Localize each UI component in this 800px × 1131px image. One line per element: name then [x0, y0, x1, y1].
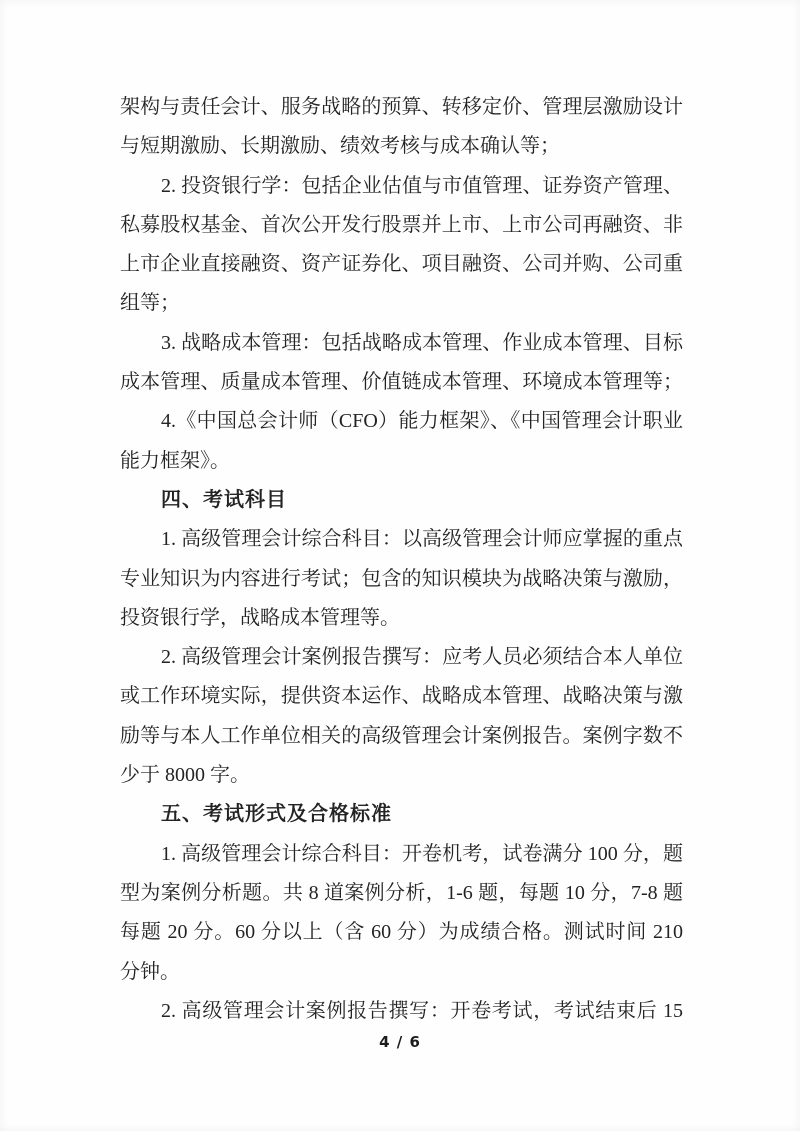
text-line: 分钟。: [120, 953, 683, 992]
text-line: 每题 20 分。60 分以上（含 60 分）为成绩合格。测试时间 210: [120, 913, 683, 952]
text-line: 1. 高级管理会计综合科目：以高级管理会计师应掌握的重点: [120, 520, 683, 559]
document-page: 架构与责任会计、服务战略的预算、转移定价、管理层激励设计 与短期激励、长期激励、…: [0, 0, 800, 1131]
text-line: 2. 投资银行学：包括企业估值与市值管理、证券资产管理、: [120, 167, 683, 206]
text-line: 私募股权基金、首次公开发行股票并上市、上市公司再融资、非: [120, 206, 683, 245]
section-heading-exam-subjects: 四、考试科目: [120, 481, 683, 520]
text-line: 3. 战略成本管理：包括战略成本管理、作业成本管理、目标: [120, 324, 683, 363]
text-line: 4.《中国总会计师（CFO）能力框架》、《中国管理会计职业: [120, 402, 683, 441]
text-line: 架构与责任会计、服务战略的预算、转移定价、管理层激励设计: [120, 88, 683, 127]
text-line: 或工作环境实际，提供资本运作、战略成本管理、战略决策与激: [120, 677, 683, 716]
text-line: 投资银行学，战略成本管理等。: [120, 599, 683, 638]
text-line: 型为案例分析题。共 8 道案例分析，1-6 题，每题 10 分，7-8 题: [120, 874, 683, 913]
text-line: 励等与本人工作单位相关的高级管理会计案例报告。案例字数不: [120, 717, 683, 756]
text-line: 上市企业直接融资、资产证券化、项目融资、公司并购、公司重: [120, 245, 683, 284]
text-line: 成本管理、质量成本管理、价值链成本管理、环境成本管理等；: [120, 363, 683, 402]
text-line: 少于 8000 字。: [120, 756, 683, 795]
text-line: 能力框架》。: [120, 442, 683, 481]
text-line: 2. 高级管理会计案例报告撰写：开卷考试，考试结束后 15: [120, 992, 683, 1031]
text-line: 组等；: [120, 284, 683, 323]
text-line: 1. 高级管理会计综合科目：开卷机考，试卷满分 100 分，题: [120, 835, 683, 874]
text-line: 专业知识为内容进行考试；包含的知识模块为战略决策与激励，: [120, 560, 683, 599]
section-heading-exam-format: 五、考试形式及合格标准: [120, 795, 683, 834]
text-line: 与短期激励、长期激励、绩效考核与成本确认等；: [120, 127, 683, 166]
document-body: 架构与责任会计、服务战略的预算、转移定价、管理层激励设计 与短期激励、长期激励、…: [120, 88, 683, 1031]
text-line: 2. 高级管理会计案例报告撰写：应考人员必须结合本人单位: [120, 638, 683, 677]
page-number: 4 / 6: [0, 1031, 800, 1053]
